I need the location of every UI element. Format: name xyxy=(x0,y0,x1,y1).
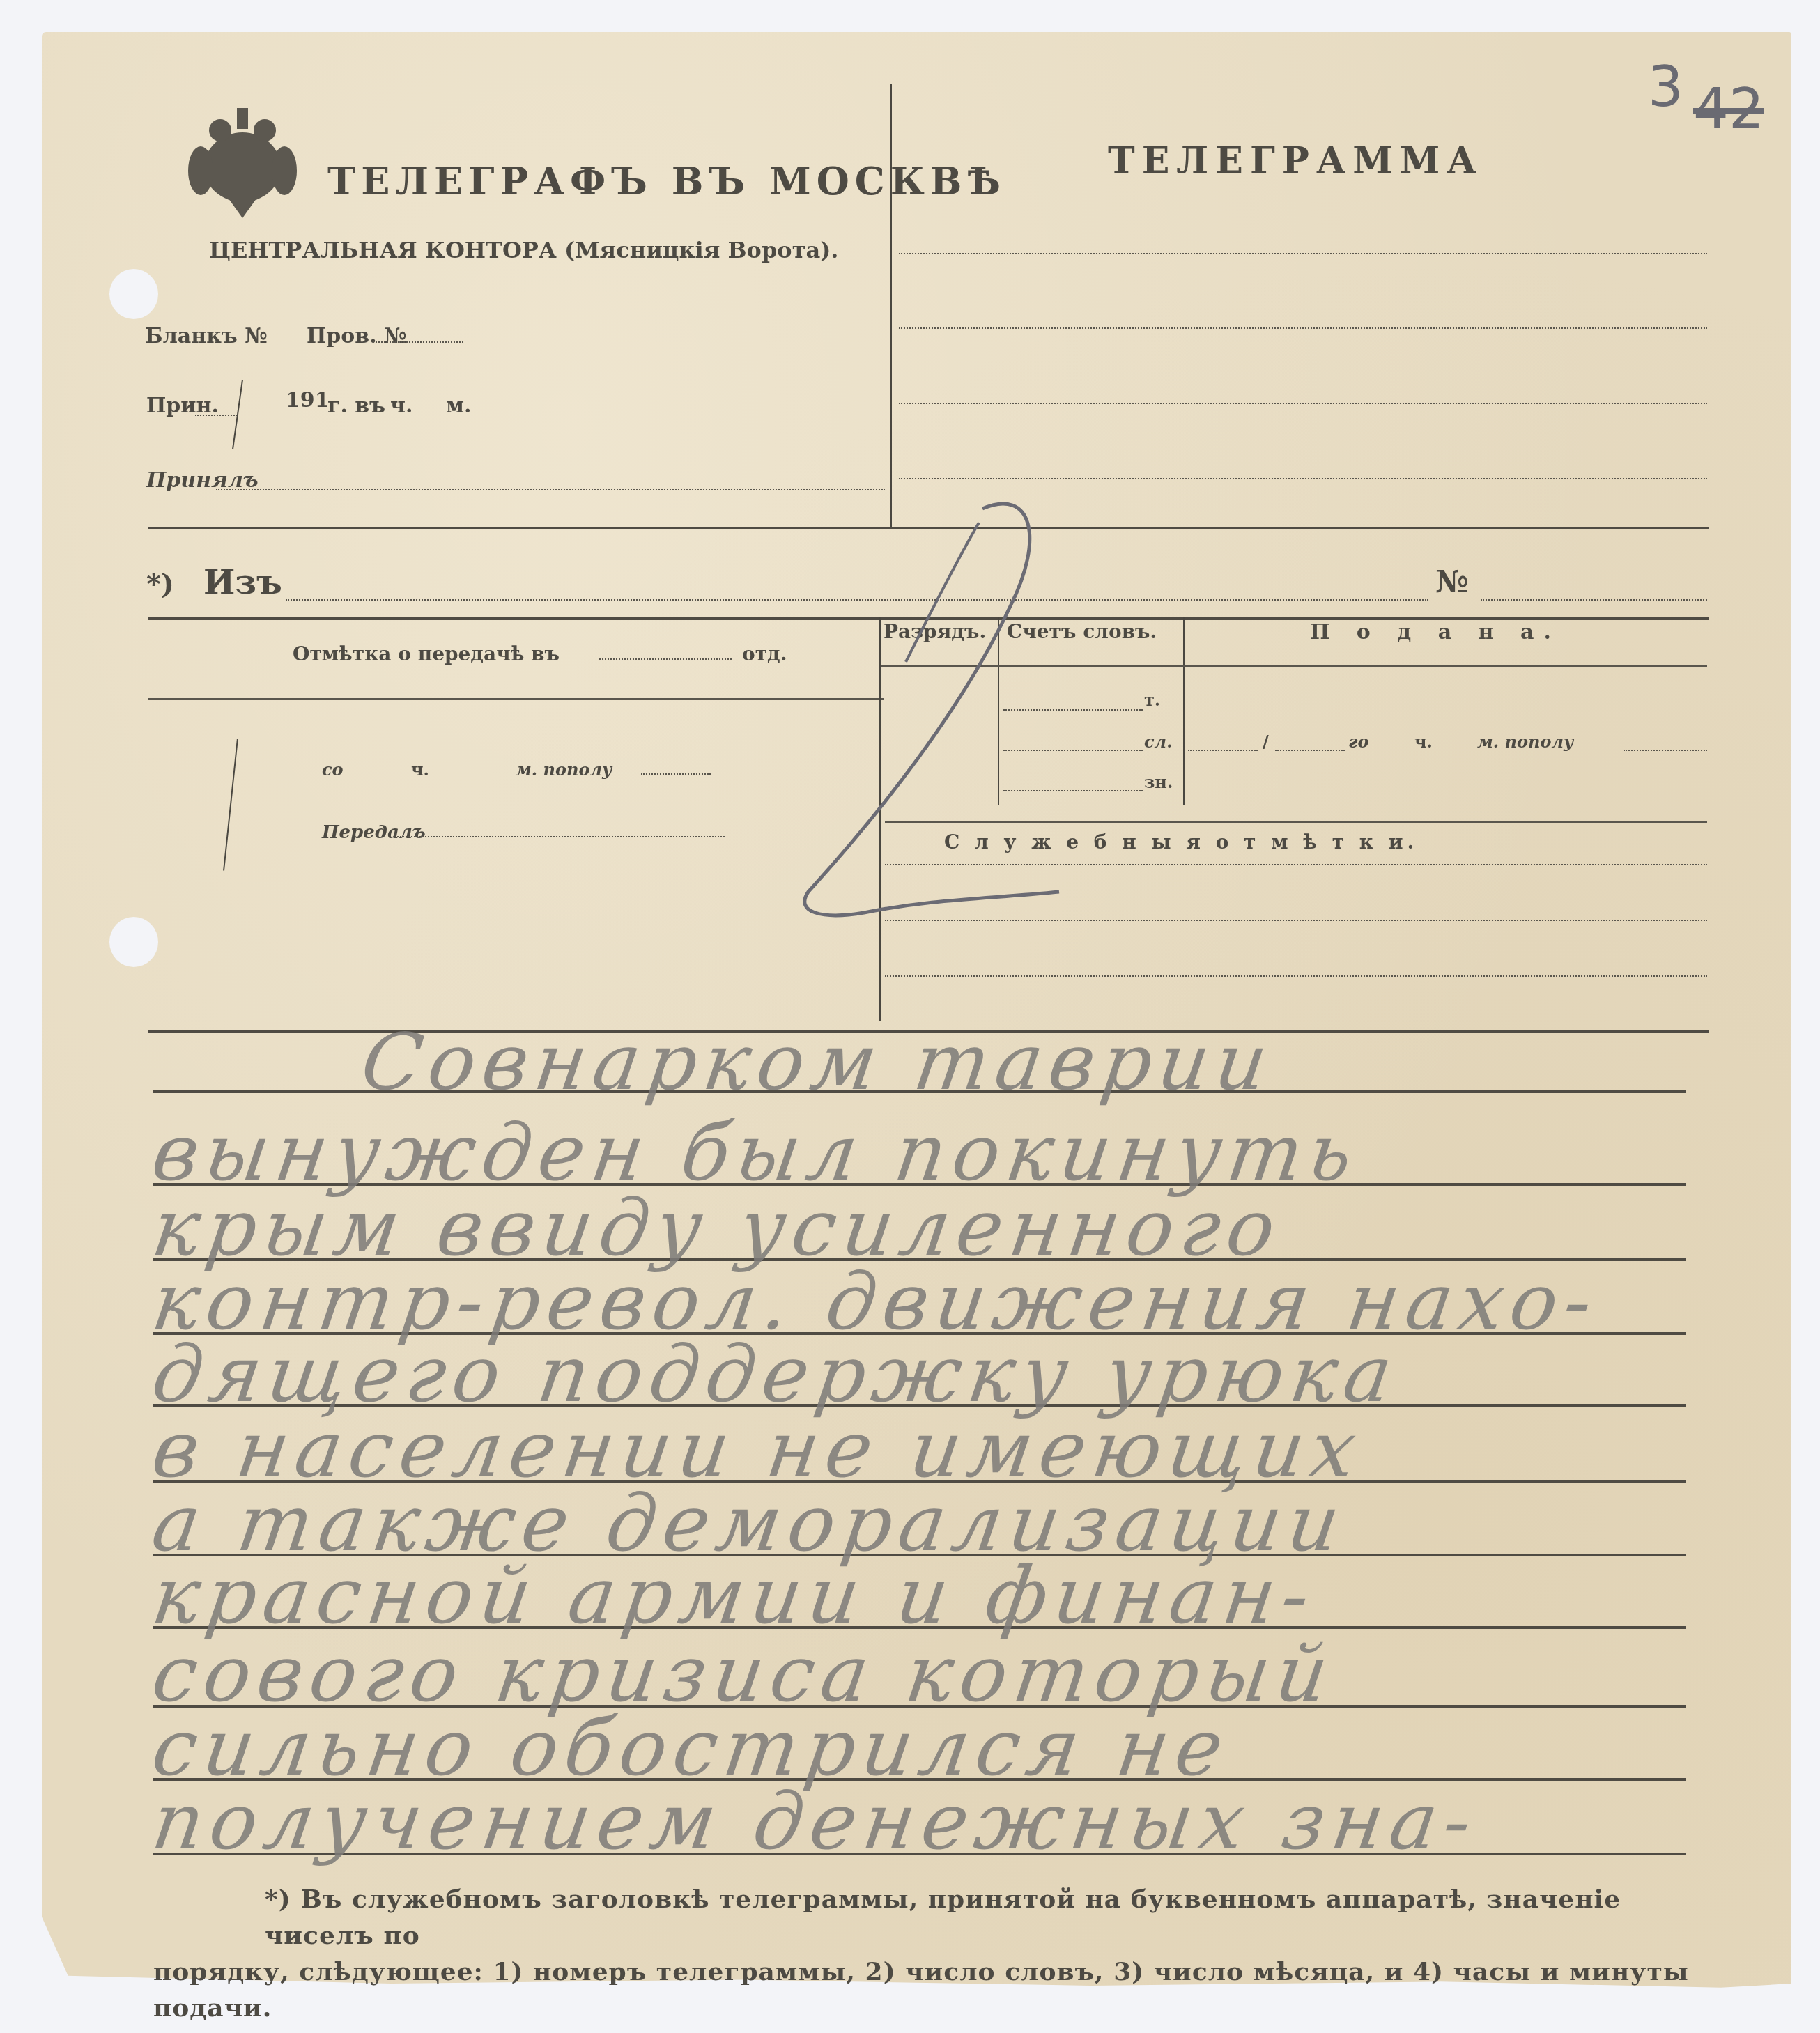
word-count-unit: т. xyxy=(1144,690,1160,710)
archive-number-main: 3 xyxy=(1648,54,1683,119)
double-headed-eagle-icon xyxy=(187,101,298,219)
transfer-divider xyxy=(148,698,884,700)
punch-hole xyxy=(109,269,158,319)
transfer-time-prefix: со xyxy=(322,759,344,780)
footnote-line-2: порядку, слѣдующее: 1) номеръ телеграммы… xyxy=(153,1954,1707,2026)
filed-minute-label: м. пополу xyxy=(1477,732,1573,752)
office-subtitle: ЦЕНТРАЛЬНАЯ КОНТОРА (Мясницкія Ворота). xyxy=(209,237,839,263)
year-prefix: 191 xyxy=(286,388,330,412)
transfer-time-field[interactable] xyxy=(641,773,711,775)
message-line: красной армии и финан- xyxy=(147,1551,1322,1641)
archive-number-crossed: 42 xyxy=(1693,77,1764,141)
minute-label: м. xyxy=(446,394,472,418)
header-divider xyxy=(890,84,892,529)
service-line xyxy=(885,975,1707,977)
year-suffix: г. въ xyxy=(327,394,385,418)
word-count-unit: зн. xyxy=(1144,772,1173,792)
prin-day-field[interactable] xyxy=(195,415,237,416)
address-line xyxy=(899,478,1707,479)
transferred-field[interactable] xyxy=(397,836,725,837)
origin-marker: *) xyxy=(146,568,174,601)
transfer-dept-field[interactable] xyxy=(599,658,732,660)
office-title: ТЕЛЕГРАФЪ ВЪ МОСКВѢ xyxy=(327,159,1006,203)
filed-day-label: го xyxy=(1348,732,1369,752)
number-field[interactable] xyxy=(1481,599,1707,601)
pencil-numeral-2-icon xyxy=(780,481,1073,927)
punch-hole xyxy=(109,917,158,967)
filed-day-field[interactable] xyxy=(1188,750,1258,751)
address-line xyxy=(899,403,1707,404)
address-line xyxy=(899,253,1707,254)
blank-label: Бланкъ № xyxy=(145,324,268,348)
filed-month-field[interactable] xyxy=(1275,750,1345,751)
message-line: Совнарком таврии xyxy=(356,1017,1280,1108)
filed-hour-label: ч. xyxy=(1414,732,1433,752)
prov-label: Пров. № xyxy=(307,324,407,348)
footnote: *) Въ служебномъ заголовкѣ телеграммы, п… xyxy=(153,1881,1707,2026)
transfer-hour-label: ч. xyxy=(411,759,429,780)
footnote-line-1: *) Въ служебномъ заголовкѣ телеграммы, п… xyxy=(153,1881,1707,1954)
filed-time-field[interactable] xyxy=(1624,750,1707,751)
transfer-minute-label: м. пополу xyxy=(516,759,612,780)
table-header-filed: П о д а н а. xyxy=(1310,620,1561,644)
from-label: Изъ xyxy=(203,563,282,602)
hour-label: ч. xyxy=(390,394,412,418)
transferred-label: Передалъ xyxy=(322,822,426,843)
form-title: ТЕЛЕГРАММА xyxy=(1108,139,1483,182)
number-label: № xyxy=(1435,564,1469,600)
word-count-unit: сл. xyxy=(1144,732,1173,752)
table-col-divider xyxy=(1183,617,1185,805)
message-line: получением денежных зна- xyxy=(147,1777,1484,1867)
transfer-note-label: Отмѣтка о передачѣ въ xyxy=(293,642,560,665)
prov-field[interactable] xyxy=(373,341,463,343)
filed-slash: / xyxy=(1263,732,1269,752)
address-line xyxy=(899,327,1707,329)
